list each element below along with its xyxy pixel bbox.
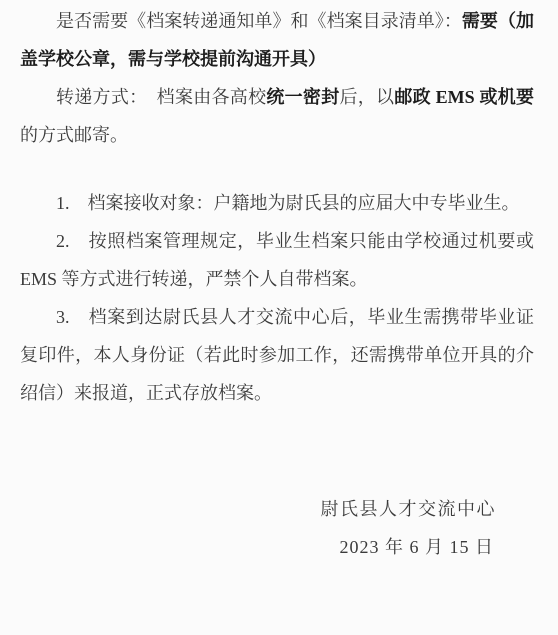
paragraph-transfer-method: 转递方式： 档案由各高校统一密封后，以邮政 EMS 或机要的方式邮寄。	[20, 78, 534, 154]
signature-organization: 尉氏县人才交流中心	[20, 490, 534, 528]
item-2-transfer-rules: 2. 按照档案管理规定，毕业生档案只能由学校通过机要或 EMS 等方式进行转递，…	[20, 222, 534, 298]
paragraph-archive-forms: 是否需要《档案转递通知单》和《档案目录清单》：需要（加盖学校公章，需与学校提前沟…	[20, 2, 534, 78]
document-page: 是否需要《档案转递通知单》和《档案目录清单》：需要（加盖学校公章，需与学校提前沟…	[0, 0, 558, 635]
paragraph-archive-forms-question: 是否需要《档案转递通知单》和《档案目录清单》：	[56, 11, 462, 31]
transfer-method-intro: 转递方式： 档案由各高校	[56, 87, 266, 107]
transfer-method-ending: 的方式邮寄。	[20, 125, 128, 145]
transfer-method-ems-bold: 邮政 EMS 或机要	[394, 87, 534, 107]
transfer-method-sealed-bold: 统一密封	[266, 87, 339, 107]
numbered-items: 1. 档案接收对象：户籍地为尉氏县的应届大中专毕业生。 2. 按照档案管理规定，…	[20, 184, 534, 412]
item-1-archive-recipients: 1. 档案接收对象：户籍地为尉氏县的应届大中专毕业生。	[20, 184, 534, 222]
transfer-method-middle: 后，以	[339, 87, 394, 107]
item-3-registration-requirements: 3. 档案到达尉氏县人才交流中心后，毕业生需携带毕业证复印件，本人身份证（若此时…	[20, 298, 534, 412]
signature-date: 2023 年 6 月 15 日	[20, 528, 534, 566]
